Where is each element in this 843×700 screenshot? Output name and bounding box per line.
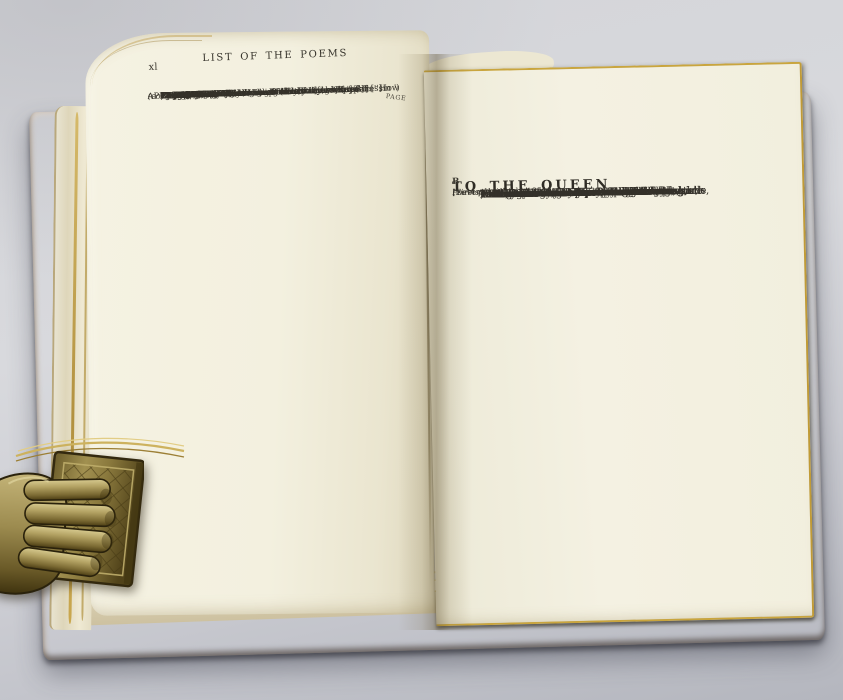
page-column-label: PAGE	[385, 92, 406, 102]
list-of-poems-page: xl LIST OF THE POEMS PAGE APPENDIX (cont…	[146, 41, 414, 350]
gutter-shadow	[398, 54, 472, 630]
photograph-of-open-book: xl LIST OF THE POEMS PAGE APPENDIX (cont…	[0, 0, 843, 700]
dot-leader	[176, 86, 326, 101]
page-number: 740	[173, 91, 189, 101]
right-page	[424, 62, 815, 626]
running-head: LIST OF THE POEMS	[146, 46, 404, 66]
brass-hand-clip-icon	[0, 442, 144, 614]
appendix-index: APPENDIX (continued)— The New Timon, and…	[147, 83, 405, 92]
signature-mark: B	[452, 177, 460, 187]
